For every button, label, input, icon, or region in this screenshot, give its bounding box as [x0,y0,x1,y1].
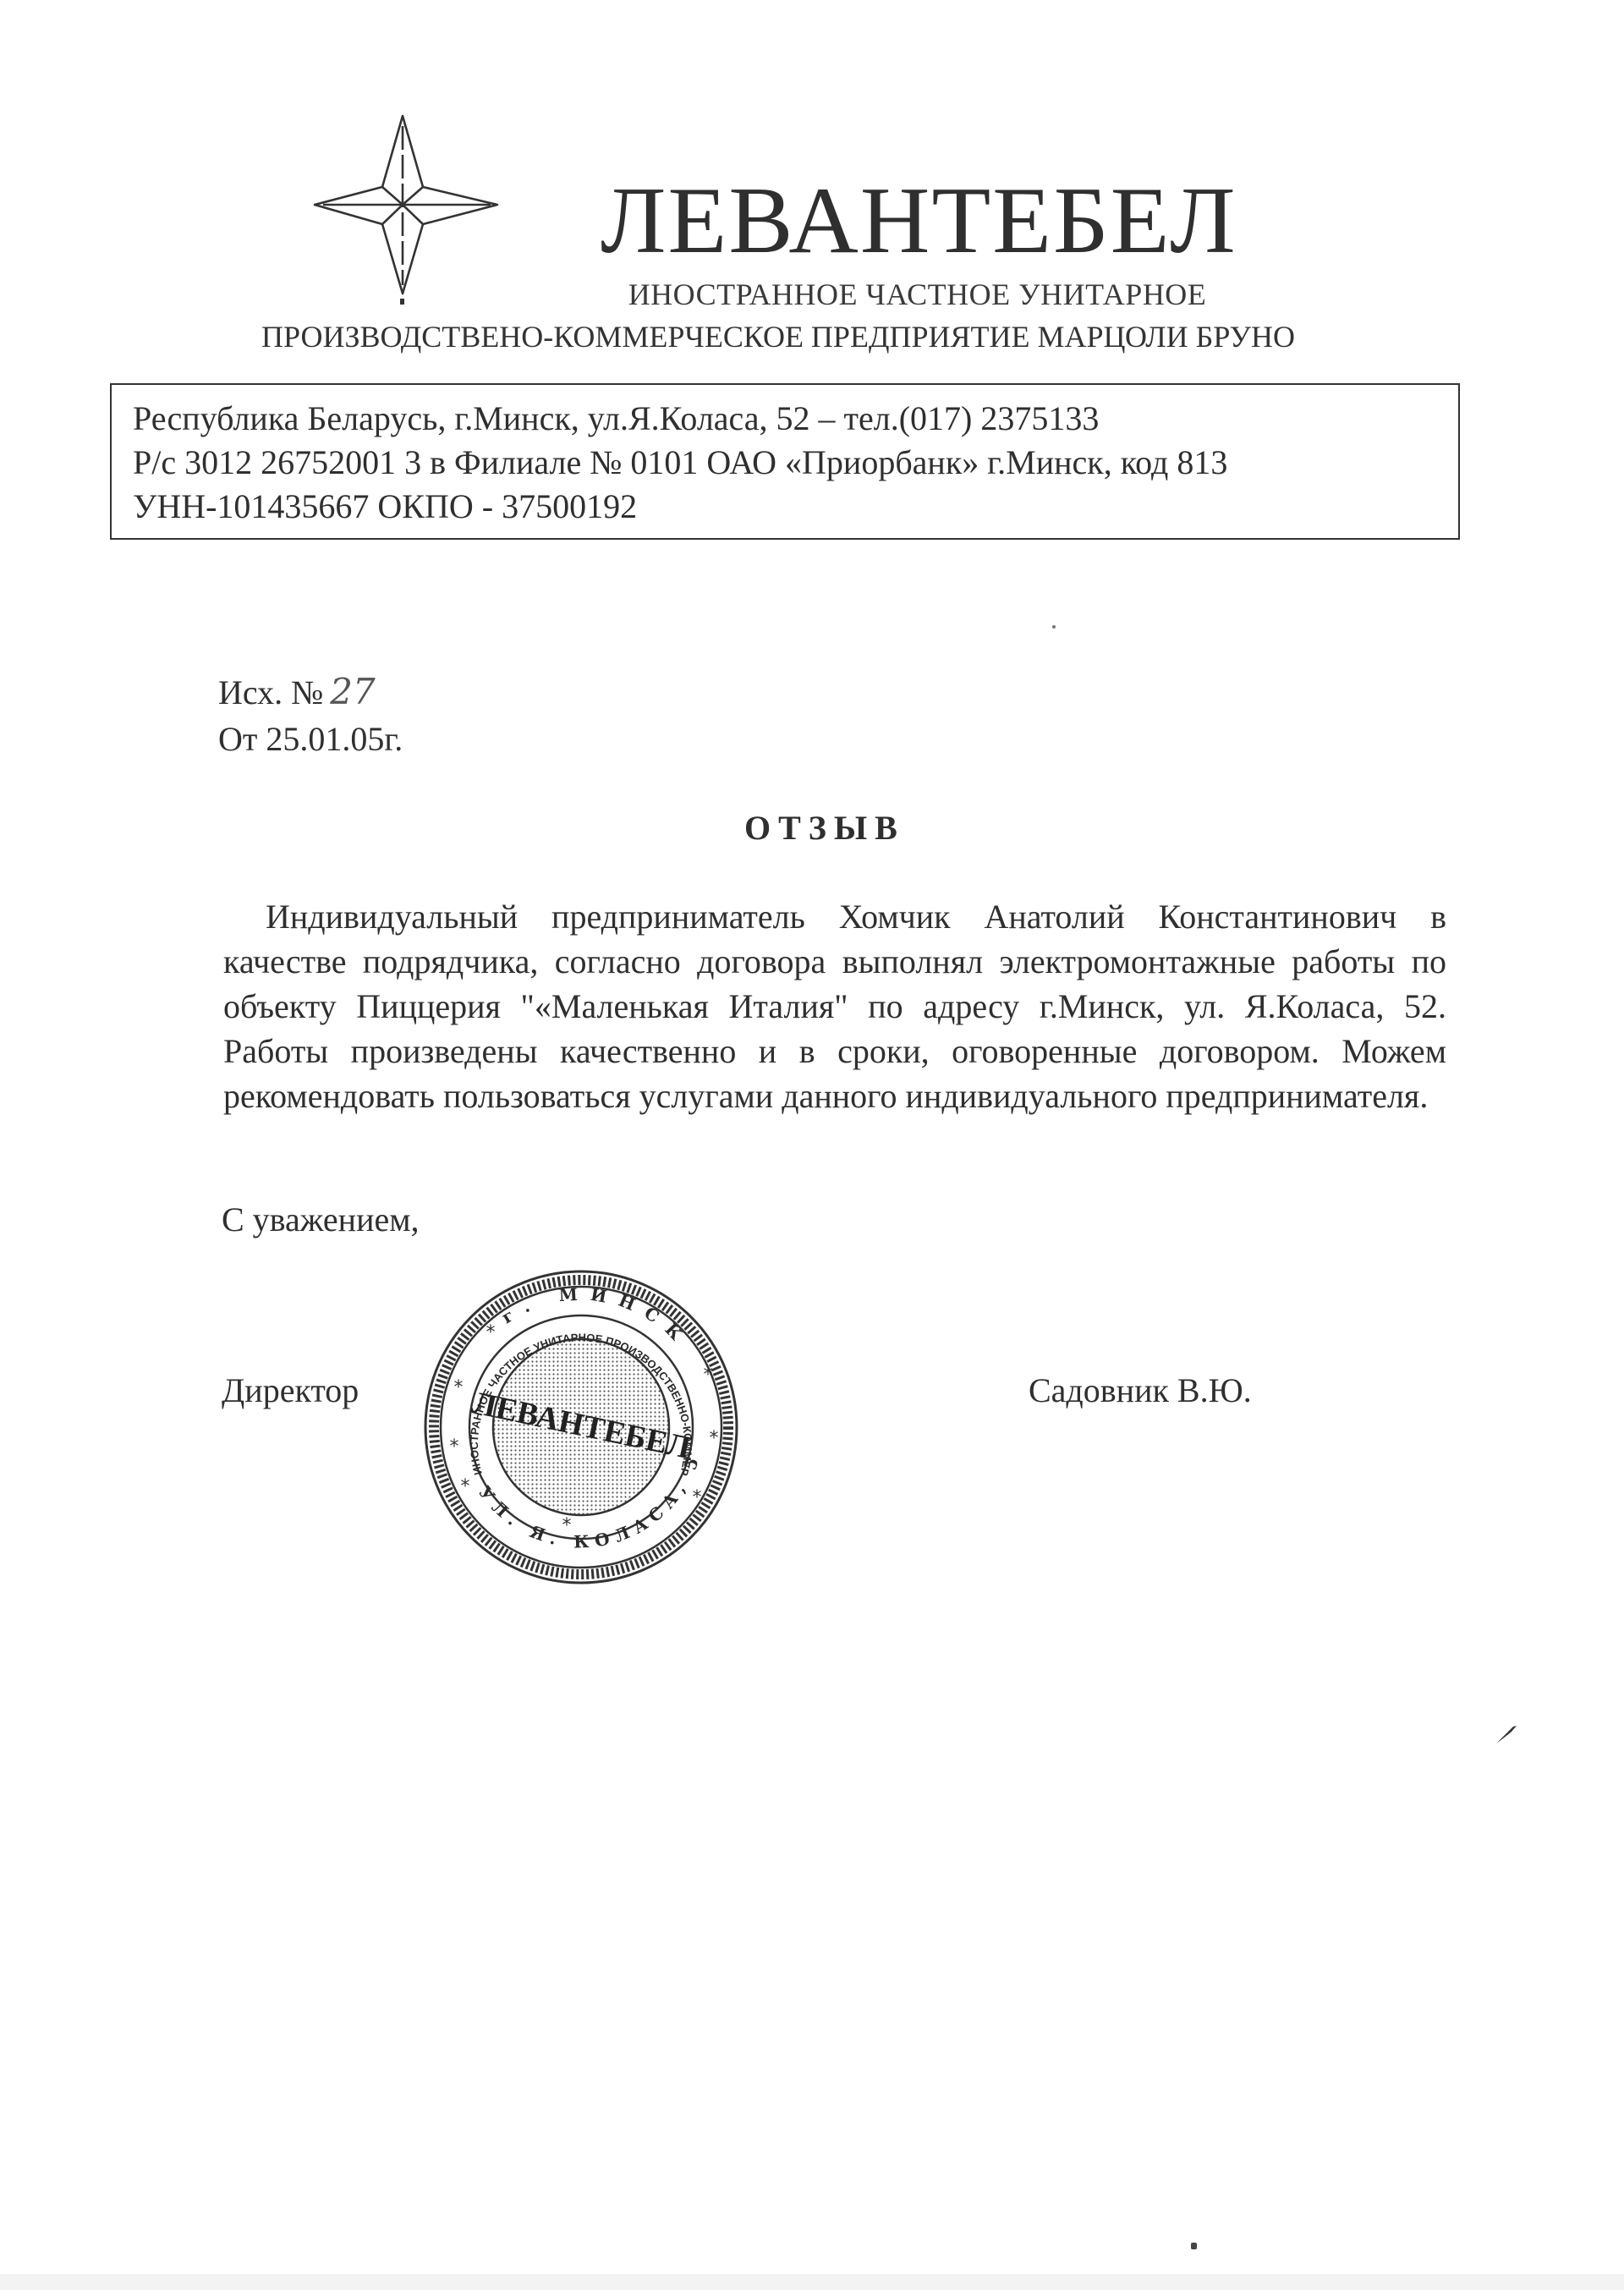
scan-bottom-edge [0,2274,1624,2290]
signatory-name: Садовник В.Ю. [1029,1370,1252,1410]
requisites-address-line: Республика Беларусь, г.Минск, ул.Я.Колас… [133,397,1458,441]
outgoing-number-label: Исх. № [218,673,323,711]
outgoing-number: Исх. №27 [218,671,376,712]
requisites-tax-id-line: УНН-101435667 ОКПО - 37500192 [133,485,1458,529]
svg-text:*: * [693,1487,702,1508]
svg-text:*: * [450,1436,459,1458]
document-body: Индивидуальный предприниматель Хомчик Ан… [223,894,1446,1118]
requisites-bank-line: Р/с 3012 26752001 3 в Филиале № 0101 ОАО… [133,441,1458,485]
requisites-box: Республика Беларусь, г.Минск, ул.Я.Колас… [110,383,1460,540]
signatory-position: Директор [222,1370,359,1410]
company-name: ЛЕВАНТЕБЕЛ [601,173,1237,268]
svg-text:*: * [461,1476,470,1497]
scan-artifact-dot [1191,2243,1197,2249]
scan-artifact-dot [1052,625,1056,629]
company-type-line-2: ПРОИЗВОДСТВЕНО-КОММЕРЧЕСКОЕ ПРЕДПРИЯТИЕ … [216,321,1341,352]
body-paragraph: Индивидуальный предприниматель Хомчик Ан… [223,898,1446,1115]
svg-text:*: * [454,1377,464,1398]
four-pointed-star-icon [298,106,509,309]
closing-phrase: С уважением, [222,1200,420,1239]
document-title: ОТЗЫВ [744,808,905,848]
svg-text:*: * [710,1428,719,1449]
svg-text:*: * [704,1365,713,1386]
outgoing-date: От 25.01.05г. [218,719,403,759]
official-stamp: г. МИНСК УЛ. Я. КОЛАСА, 52 ИНОСТРАННОЕ Ч… [416,1262,746,1592]
scan-artifact-mark [1493,1722,1518,1747]
svg-text:*: * [562,1515,572,1536]
company-type-line-1: ИНОСТРАННОЕ ЧАСТНОЕ УНИТАРНОЕ [611,279,1224,310]
svg-text:*: * [486,1322,496,1343]
outgoing-number-handwritten: 27 [330,671,375,712]
